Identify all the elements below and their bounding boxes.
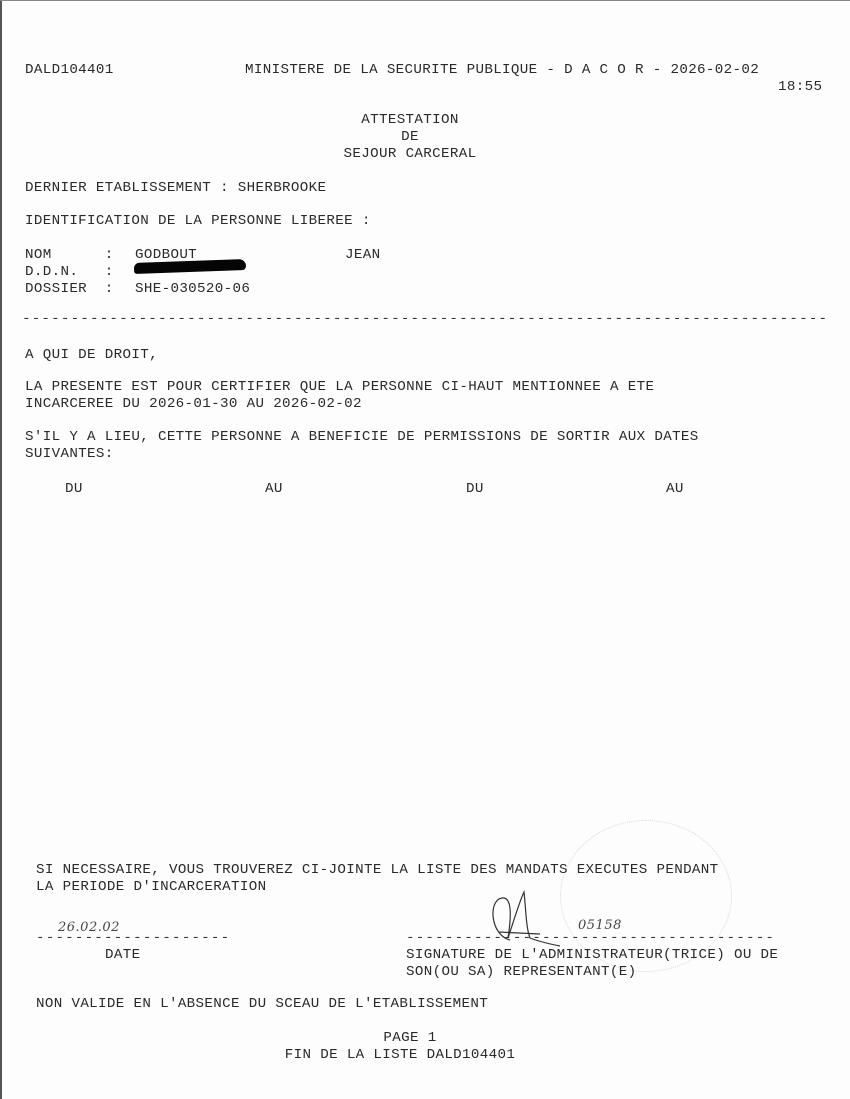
ddn-label: D.D.N. : xyxy=(25,264,114,281)
signature-label-line2: SON(OU SA) REPRESENTANT(E) xyxy=(406,964,636,981)
permission-column-au-2: AU xyxy=(666,481,684,498)
permissions-line2: SUIVANTES: xyxy=(25,446,114,463)
salutation: A QUI DE DROIT, xyxy=(25,347,158,364)
date-label: DATE xyxy=(105,947,140,964)
permission-column-au-1: AU xyxy=(265,481,283,498)
document-title-line2: DE xyxy=(300,129,520,146)
scan-border-top xyxy=(0,0,850,1)
certification-line2: INCARCEREE DU 2026-01-30 AU 2026-02-02 xyxy=(25,396,362,413)
permission-column-du-1: DU xyxy=(65,481,83,498)
dossier-label: DOSSIER : xyxy=(25,281,114,298)
dossier-number: SHE-030520-06 xyxy=(135,281,250,298)
permission-column-du-2: DU xyxy=(466,481,484,498)
mandats-line1: SI NECESSAIRE, VOUS TROUVEREZ CI-JOINTE … xyxy=(36,862,719,879)
document-title-line3: SEJOUR CARCERAL xyxy=(300,146,520,163)
scan-border-left xyxy=(0,0,2,1099)
separator-line: ----------------------------------------… xyxy=(22,311,828,327)
end-of-list: FIN DE LA LISTE DALD104401 xyxy=(250,1047,550,1064)
report-time: 18:55 xyxy=(778,79,822,96)
mandats-line2: LA PERIODE D'INCARCERATION xyxy=(36,879,266,896)
signature-label-line1: SIGNATURE DE L'ADMINISTRATEUR(TRICE) OU … xyxy=(406,947,778,964)
identification-heading: IDENTIFICATION DE LA PERSONNE LIBEREE : xyxy=(25,213,371,230)
nom-first-name: JEAN xyxy=(345,247,380,264)
certification-line1: LA PRESENTE EST POUR CERTIFIER QUE LA PE… xyxy=(25,379,654,396)
signature-line: -------------------------------------- xyxy=(406,930,786,946)
permissions-line1: S'IL Y A LIEU, CETTE PERSONNE A BENEFICI… xyxy=(25,429,699,446)
document-title-line1: ATTESTATION xyxy=(300,112,520,129)
validity-notice: NON VALIDE EN L'ABSENCE DU SCEAU DE L'ET… xyxy=(36,996,488,1013)
last-establishment: DERNIER ETABLISSEMENT : SHERBROOKE xyxy=(25,180,326,197)
report-code: DALD104401 xyxy=(25,62,114,79)
page-number: PAGE 1 xyxy=(300,1030,520,1047)
nom-label: NOM : xyxy=(25,247,114,264)
ministry-header: MINISTERE DE LA SECURITE PUBLIQUE - D A … xyxy=(245,62,759,79)
date-line: -------------------- xyxy=(36,930,236,946)
